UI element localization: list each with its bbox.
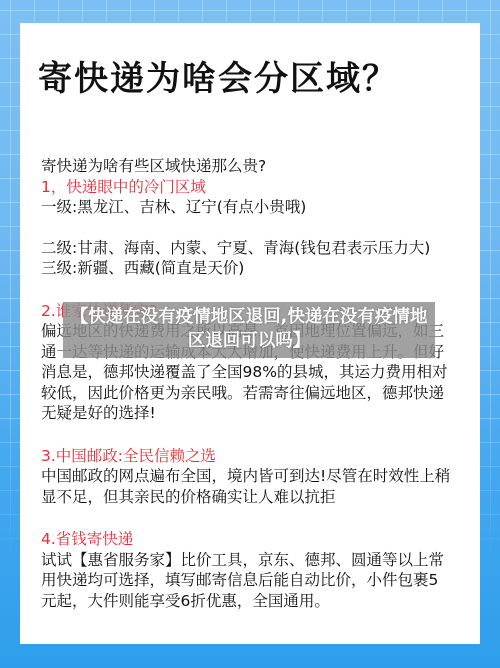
- article-body: 寄快递为啥有些区域快递那么贵? 1，快递眼中的冷门区域 一级:黑龙江、吉林、辽宁…: [41, 156, 451, 611]
- region-tier-2: 二级:甘肃、海南、内蒙、宁夏、青海(钱包君表示压力大): [41, 238, 451, 259]
- caption-text: 【快递在没有疫情地区退回,快递在没有疫情地区退回可以吗】: [71, 307, 428, 351]
- section-3-heading: 3.中国邮政:全民信赖之选: [41, 446, 451, 467]
- caption-overlay: 【快递在没有疫情地区退回,快递在没有疫情地区退回可以吗】: [63, 302, 435, 358]
- page-title: 寄快递为啥会分区域？: [38, 57, 398, 101]
- section-4-heading: 4.省钱寄快递: [41, 529, 451, 550]
- region-tier-1: 一级:黑龙江、吉林、辽宁(有点小贵哦): [41, 197, 451, 218]
- section-1-heading: 1，快递眼中的冷门区域: [41, 177, 451, 198]
- intro-question: 寄快递为啥有些区域快递那么贵?: [41, 156, 451, 177]
- region-tier-3: 三级:新疆、西藏(简直是天价): [41, 258, 451, 279]
- section-4-body: 试试【惠省服务家】比价工具，京东、德邦、圆通等以上常用快递均可选择，填写邮寄信息…: [41, 550, 451, 612]
- section-3-body: 中国邮政的网点遍布全国，境内皆可到达!尽管在时效性上稍显不足，但其亲民的价格确实…: [41, 466, 451, 507]
